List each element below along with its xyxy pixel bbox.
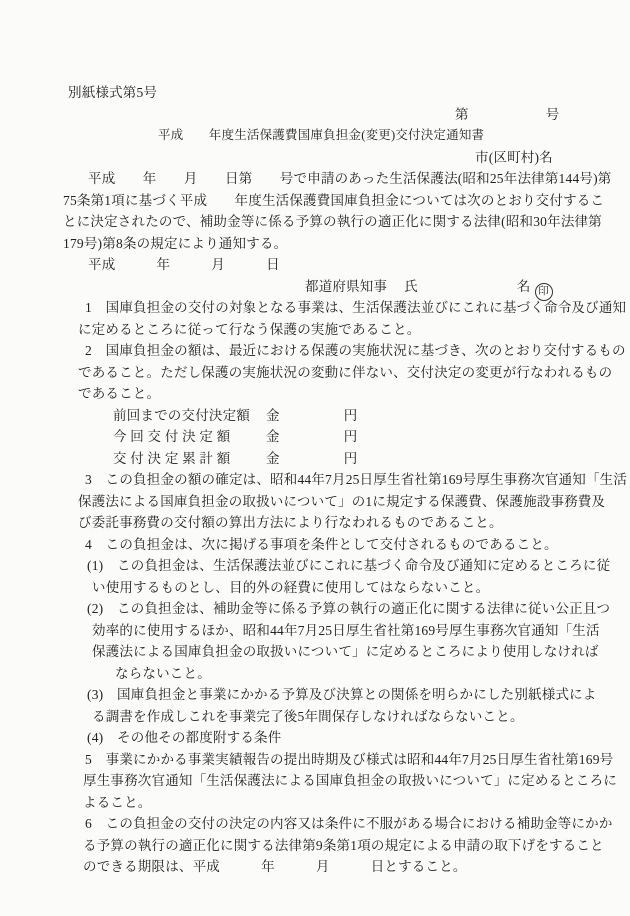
signer-family-label: 氏 bbox=[404, 279, 418, 294]
signer-given-label: 名 bbox=[517, 279, 531, 294]
item4-line-1: 4 この負担金は、次に掲げる事項を条件として交付されるものであること。 bbox=[85, 534, 610, 556]
item5-line-3: よること。 bbox=[83, 792, 610, 814]
item3-line-1: 3 この負担金の額の確定は、昭和44年7月25日厚生省社第169号厚生事務次官通… bbox=[85, 469, 610, 491]
item4-sub2-line-3: 保護法による国庫負担金の取扱いについて」に定めるところにより使用しなければ bbox=[92, 641, 610, 663]
item1-line-1: 1 国庫負担金の交付の対象となる事業は、生活保護法並びにこれに基づく命令及び通知 bbox=[85, 297, 610, 319]
document-title: 平成 年度生活保護費国庫負担金(変更)交付決定通知書 bbox=[158, 125, 610, 147]
amount-yen: 円 bbox=[344, 408, 358, 423]
item2-line-1: 2 国庫負担金の額は、最近における保護の実施状況に基づき、次のとおり交付するもの bbox=[85, 340, 610, 362]
intro-line-3: とに決定されたので、補助金等に係る予算の執行の適正化に関する法律(昭和30年法律… bbox=[63, 211, 610, 233]
amount-row-previous: 前回までの交付決定額金円 bbox=[113, 405, 610, 427]
amount-kin: 金 bbox=[266, 451, 280, 466]
item5-line-1: 5 事業にかかる事業実績報告の提出時期及び様式は昭和44年7月25日厚生省社第1… bbox=[85, 749, 610, 771]
item5-line-2: 厚生事務次官通知「生活保護法による国庫負担金の取扱いについて」に定めるところに bbox=[83, 770, 610, 792]
signer-title: 都道府県知事 bbox=[305, 279, 387, 294]
amount-label: 交 付 決 定 累 計 額 bbox=[113, 448, 249, 470]
item4-sub1-line-1: (1) この負担金は、生活保護法並びにこれに基づく命令及び通知に定めるところに従 bbox=[87, 555, 610, 577]
date-line: 平成 年 月 日 bbox=[88, 254, 610, 276]
amount-kin: 金 bbox=[266, 429, 280, 444]
item4-sub2-line-2: 効率的に使用するほか、昭和44年7月25日厚生省社第169号厚生事務次官通知「生… bbox=[92, 620, 610, 642]
item4-sub2-line-4: ならないこと。 bbox=[115, 663, 610, 685]
document-number-line: 第号 bbox=[455, 104, 610, 126]
signer-line: 都道府県知事氏名印 bbox=[305, 276, 610, 298]
item4-sub4-line-1: (4) その他その都度附する条件 bbox=[87, 727, 610, 749]
item4-sub2-line-1: (2) この負担金は、補助金等に係る予算の執行の適正化に関する法律に従い公正且つ bbox=[87, 598, 610, 620]
item4-sub1-line-2: い使用するものとし、目的外の経費に使用してはならないこと。 bbox=[92, 577, 610, 599]
amount-label: 前回までの交付決定額 bbox=[113, 405, 249, 427]
item2-line-2: であること。ただし保護の実施状況の変動に伴ない、交付決定の変更が行なわれるもの bbox=[78, 362, 610, 384]
item2-line-3: であること。 bbox=[78, 383, 610, 405]
item4-sub3-line-1: (3) 国庫負担金と事業にかかる予算及び決算との関係を明らかにした別紙様式によ bbox=[87, 684, 610, 706]
item1-line-2: に定めるところに従って行なう保護の実施であること。 bbox=[78, 319, 610, 341]
form-number-label: 別紙様式第5号 bbox=[68, 82, 610, 104]
intro-line-1: 平成 年 月 日第 号で申請のあった生活保護法(昭和25年法律第144号)第 bbox=[88, 168, 610, 190]
item3-line-3: び委託事務費の交付額の算出方法により行なわれるものであること。 bbox=[78, 512, 610, 534]
amount-yen: 円 bbox=[344, 429, 358, 444]
document-number-suffix: 号 bbox=[546, 107, 560, 122]
item4-sub3-line-2: る調書を作成しこれを事業完了後5年間保存しなければならないこと。 bbox=[92, 706, 610, 728]
amount-row-total: 交 付 決 定 累 計 額金円 bbox=[113, 448, 610, 470]
amount-row-current: 今 回 交 付 決 定 額金円 bbox=[113, 426, 610, 448]
document-page: 別紙様式第5号 第号 平成 年度生活保護費国庫負担金(変更)交付決定通知書 市(… bbox=[0, 0, 630, 916]
item6-line-3: のできる期限は、平成 年 月 日とすること。 bbox=[83, 856, 610, 878]
amount-label: 今 回 交 付 決 定 額 bbox=[113, 426, 249, 448]
item6-line-2: る予算の執行の適正化に関する法律第9条第1項の規定による申請の取下げをすること bbox=[83, 835, 610, 857]
item6-line-1: 6 この負担金の交付の決定の内容又は条件に不服がある場合における補助金等にかか bbox=[85, 813, 610, 835]
intro-line-4: 179号)第8条の規定により通知する。 bbox=[63, 233, 610, 255]
document-number-prefix: 第 bbox=[455, 107, 469, 122]
recipient-label: 市(区町村)名 bbox=[475, 147, 610, 169]
intro-line-2: 75条第1項に基づく平成 年度生活保護費国庫負担金については次のとおり交付するこ bbox=[63, 190, 610, 212]
item3-line-2: 保護法による国庫負担金の取扱いについて」の1に規定する保護費、保護施設事務費及 bbox=[78, 491, 610, 513]
amount-yen: 円 bbox=[344, 451, 358, 466]
amount-kin: 金 bbox=[266, 408, 280, 423]
